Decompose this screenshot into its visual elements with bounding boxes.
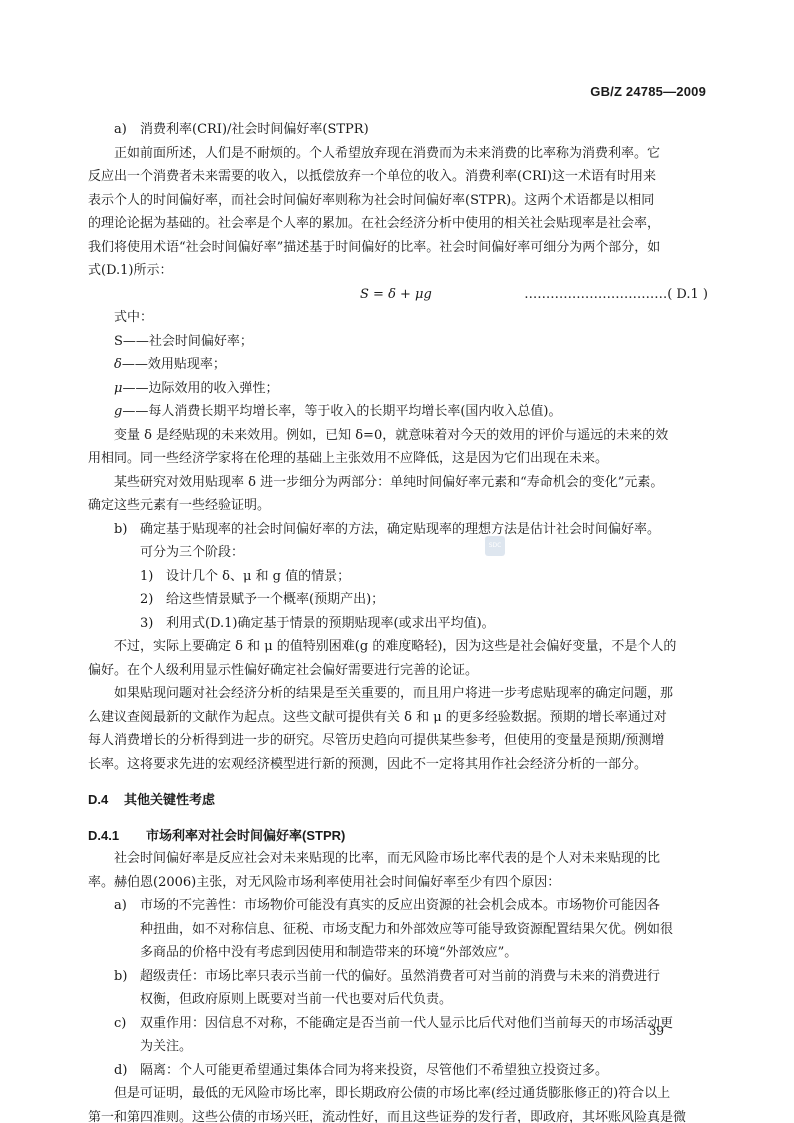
- step-3: 3)利用式(D.1)确定基于情景的预期贴现率(或求出平均值)。: [88, 612, 708, 636]
- paragraph-2: 变量 δ 是经贴现的未来效用。例如，已知 δ=0，就意味着对今天的效用的评价与遥…: [88, 424, 708, 471]
- paragraph-7: 但是可证明，最低的无风险市场比率，即长期政府公债的市场比率(经过通货膨胀修正的)…: [88, 1082, 708, 1123]
- definition-mu: μ——边际效用的收入弹性；: [88, 377, 708, 401]
- paragraph-3: 某些研究对效用贴现率 δ 进一步细分为两部分：单纯时间偏好率元素和“寿命机会的变…: [88, 471, 708, 518]
- standard-id: GB/Z 24785—2009: [590, 84, 706, 99]
- definition-delta: δ——效用贴现率；: [88, 353, 708, 377]
- formula-number: ……………………………( D.1 ): [524, 283, 708, 307]
- heading-d4: D.4其他关键性考虑: [88, 788, 708, 812]
- paragraph-6: 社会时间偏好率是反应社会对未来贴现的比率，而无风险市场比率代表的是个人对未来贴现…: [88, 847, 708, 894]
- document-body: a)消费利率(CRI)/社会时间偏好率(STPR) 正如前面所述，人们是不耐烦的…: [88, 118, 708, 1123]
- where-label: 式中：: [88, 306, 708, 330]
- definition-g: g——每人消费长期平均增长率，等于收入的长期平均增长率(国内收入总值)。: [88, 400, 708, 424]
- heading-d41: D.4.1市场利率对社会时间偏好率(STPR): [88, 824, 708, 848]
- paragraph-5: 如果贴现问题对社会经济分析的结果是至关重要的，而且用户将进一步考虑贴现率的确定问…: [88, 682, 708, 776]
- formula-expression: S = δ + μg: [360, 283, 432, 307]
- reason-d: d)隔离：个人可能更希望通过集体合同为将来投资，尽管他们不希望独立投资过多。: [88, 1059, 708, 1083]
- reason-a: a)市场的不完善性：市场物价可能没有真实的反应出资源的社会机会成本。市场物价可能…: [88, 894, 708, 965]
- definitions-list: S——社会时间偏好率； δ——效用贴现率； μ——边际效用的收入弹性； g——每…: [88, 330, 708, 424]
- step-2: 2)给这些情景赋予一个概率(预期产出)；: [88, 588, 708, 612]
- paragraph-1: 正如前面所述，人们是不耐烦的。个人希望放弃现在消费而为未来消费的比率称为消费利率…: [88, 142, 708, 283]
- paragraph-4: 不过，实际上要确定 δ 和 μ 的值特别困难(g 的难度略轻)，因为这些是社会偏…: [88, 635, 708, 682]
- reasons-list: a)市场的不完善性：市场物价可能没有真实的反应出资源的社会机会成本。市场物价可能…: [88, 894, 708, 1082]
- reason-b: b)超级责任：市场比率只表示当前一代的偏好。虽然消费者可对当前的消费与未来的消费…: [88, 965, 708, 1012]
- item-b: b)确定基于贴现率的社会时间偏好率的方法，确定贴现率的理想方法是估计社会时间偏好…: [88, 518, 708, 636]
- step-1: 1)设计几个 δ、μ 和 g 值的情景；: [88, 565, 708, 589]
- page-number: 39: [649, 1024, 664, 1038]
- formula-d1: S = δ + μg ……………………………( D.1 ): [88, 283, 708, 307]
- definition-s: S——社会时间偏好率；: [88, 330, 708, 354]
- item-a-title: a)消费利率(CRI)/社会时间偏好率(STPR): [88, 118, 708, 142]
- watermark-logo: SDC: [485, 536, 505, 556]
- reason-c: c)双重作用：因信息不对称，不能确定是否当前一代人显示比后代对他们当前每天的市场…: [88, 1012, 708, 1059]
